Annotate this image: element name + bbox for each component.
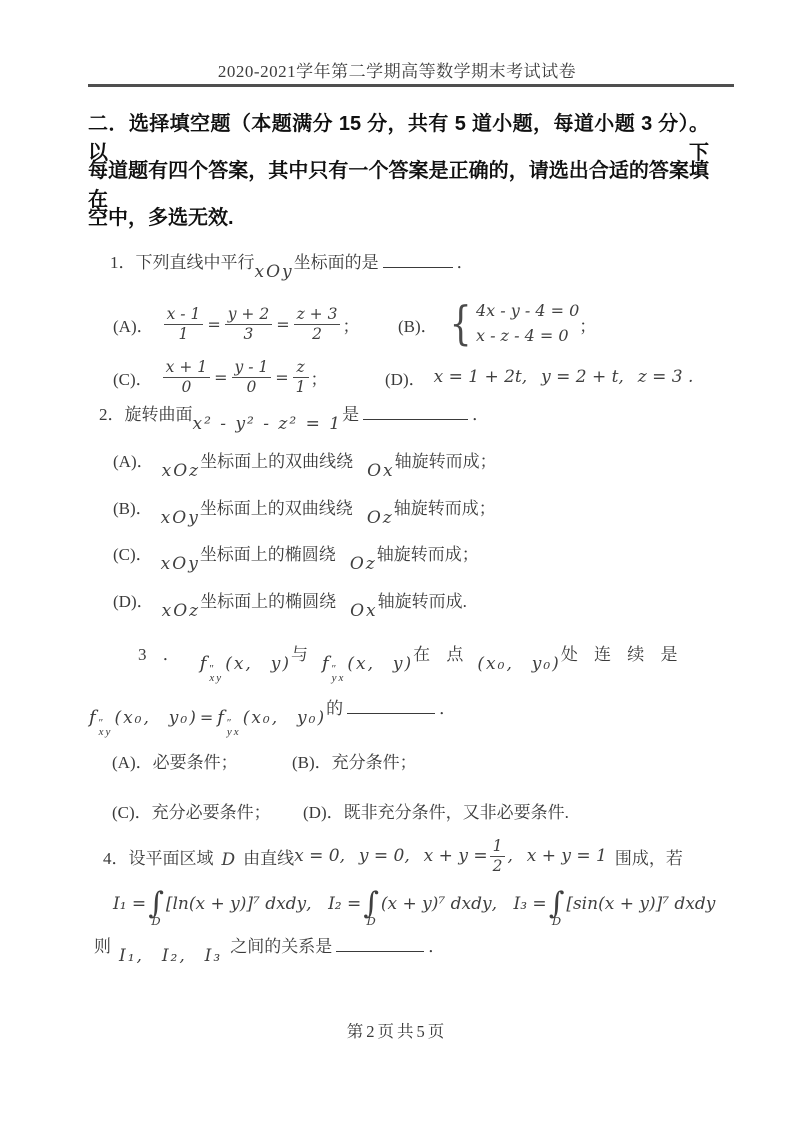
q3-option-a: (A)．必要条件； [112, 748, 238, 773]
q1-plane-math: xOy [255, 262, 294, 282]
q3-mixed-partial-fyx: f″yx(x, y) [322, 653, 413, 680]
q4-answer-blank [336, 934, 424, 952]
q2-option-a-tail: 轴旋转而成； [395, 447, 497, 472]
q1-option-b-eq1: 4x - y - 4 = 0 [476, 299, 579, 324]
left-brace: { [449, 303, 471, 344]
q3-text-continuous: 处 连 续 是 [561, 640, 684, 665]
q1-option-c-tail: ； [311, 365, 328, 390]
exam-page: 2020-2021学年第二学期高等数学期末考试试卷 二．选择填空题（本题满分 1… [0, 0, 794, 1122]
q2-option-a: (A)． xOz 坐标面上的双曲线绕 Ox 轴旋转而成； [113, 447, 497, 472]
q3-answer-blank [347, 696, 435, 714]
q1-option-b-label: (B)． [398, 312, 438, 337]
q2-option-d-plane-math: xOz [162, 601, 200, 621]
q2-option-a-text: 坐标面上的双曲线绕 [200, 447, 353, 472]
q1-option-b-tail: ； [579, 312, 596, 337]
q2-option-c-axis-math: Oz [350, 554, 377, 574]
q3-equality-right: f″yx(x₀, y₀) [217, 707, 326, 734]
q3-text-de: 的 [326, 694, 343, 719]
q4-lines-math-2: , x + y = 1 [507, 846, 606, 866]
q2-stem-text-2: 是 [342, 400, 359, 425]
q2-option-d-tail: 轴旋转而成. [378, 587, 467, 612]
page-number: 第2页共5页 [0, 1018, 794, 1042]
q4-stem-text: 4．设平面区域 [103, 844, 214, 869]
q2-option-c-label: (C)． [113, 540, 153, 565]
q4-integral-3-lhs: I₃ = [514, 894, 547, 914]
q4-then-text: 则 [94, 932, 111, 957]
equals-sign: = [275, 368, 288, 387]
q2-option-c-tail: 轴旋转而成； [377, 540, 479, 565]
q3-mixed-partial-fxy: f″xy(x, y) [200, 653, 291, 680]
q1-option-a-label: (A)． [113, 312, 154, 337]
q4-integral-2-lhs: I₂ = [328, 894, 361, 914]
question-4-stem: 4．设平面区域 D 由直线 x = 0, y = 0, x + y = 12 ,… [103, 832, 683, 880]
integral-sign: ∫D [148, 889, 164, 928]
q2-option-a-label: (A)． [113, 447, 154, 472]
q1-option-d-label: (D)． [385, 365, 426, 390]
equals-sign: = [276, 315, 289, 334]
q1-period: ． [457, 248, 474, 273]
q1-option-c-label: (C)． [113, 365, 153, 390]
integral-sign: ∫D [363, 889, 379, 928]
q2-option-b-text: 坐标面上的双曲线绕 [200, 494, 353, 519]
q3-point-math: (x₀, y₀) [477, 654, 560, 674]
equation-system: { 4x - y - 4 = 0 x - z - 4 = 0 [446, 299, 580, 349]
q2-surface-math: x² - y² - z² = 1 [193, 414, 343, 434]
q3-option-d: (D)．既非充分条件，又非必要条件. [303, 798, 569, 823]
q2-option-c-text: 坐标面上的椭圆绕 [200, 540, 336, 565]
q4-relation-text: 之间的关系是 [230, 932, 332, 957]
q3-period: ． [439, 694, 456, 719]
q3-text-at-point: 在 点 [413, 640, 469, 665]
section-intro-line-3: 空中，多选无效. [88, 201, 709, 230]
question-3-stem-line-1: 3 ． f″xy(x, y) 与 f″yx(x, y) 在 点 (x₀, y₀)… [138, 640, 684, 671]
q4-I-sequence-math: I₁, I₂, I₃ [119, 946, 222, 966]
q2-option-d-text: 坐标面上的椭圆绕 [200, 587, 336, 612]
q2-option-d-label: (D)． [113, 587, 154, 612]
q1-option-d: (D)． x = 1 + 2t, y = 2 + t, z = 3 . [385, 352, 693, 402]
q1-option-b: (B)． { 4x - y - 4 = 0 x - z - 4 = 0 ； [398, 296, 596, 352]
equals-sign: = [200, 708, 215, 727]
q2-option-b: (B)． xOy 坐标面上的双曲线绕 Oz 轴旋转而成； [113, 494, 496, 519]
fraction: y - 10 [232, 358, 272, 396]
q2-option-a-plane-math: xOz [162, 461, 200, 481]
q2-option-c-plane-math: xOy [161, 554, 200, 574]
q1-option-c: (C)． x + 10 = y - 10 = z1 ； [113, 352, 328, 402]
q4-separator: , [306, 894, 320, 914]
q2-option-b-tail: 轴旋转而成； [394, 494, 496, 519]
q2-option-b-axis-math: Oz [367, 508, 394, 528]
q2-option-d-axis-math: Ox [350, 601, 378, 621]
fraction: x - 11 [164, 305, 204, 343]
q1-answer-blank [383, 250, 453, 268]
q1-stem-text: 1．下列直线中平行 [110, 248, 255, 273]
q3-equality-left: f″xy(x₀, y₀) [89, 707, 198, 734]
q4-integral-3-body: [sin(x + y)]⁷ dxdy [566, 894, 715, 914]
fraction: y + 23 [225, 305, 272, 343]
equals-sign: = [214, 368, 227, 387]
q2-option-a-axis-math: Ox [367, 461, 395, 481]
q4-lines-math-1: x = 0, y = 0, x + y = [294, 846, 487, 866]
q4-region-math: D [222, 850, 236, 870]
q4-period: ． [428, 932, 445, 957]
q4-stem-text-2: 由直线 [243, 844, 294, 869]
integral-sign: ∫D [549, 889, 565, 928]
q2-option-d: (D)． xOz 坐标面上的椭圆绕 Ox 轴旋转而成. [113, 587, 467, 612]
q4-integral-1-body: [ln(x + y)]⁷ dxdy [166, 894, 306, 914]
q2-option-c: (C)． xOy 坐标面上的椭圆绕 Oz 轴旋转而成； [113, 540, 479, 565]
header-divider [88, 84, 734, 87]
fraction: 12 [490, 837, 506, 875]
question-3-stem-line-2: f″xy(x₀, y₀) = f″yx(x₀, y₀) 的 ． [89, 694, 456, 725]
equals-sign: = [207, 315, 220, 334]
q2-stem-text: 2．旋转曲面 [99, 400, 193, 425]
fraction: x + 10 [163, 358, 210, 396]
q4-conclusion-line: 则 I₁, I₂, I₃ 之间的关系是 ． [94, 932, 445, 957]
page-title: 2020-2021学年第二学期高等数学期末考试试卷 [0, 57, 794, 82]
q1-option-d-math: x = 1 + 2t, y = 2 + t, z = 3 . [434, 367, 694, 387]
q2-period: ． [472, 400, 489, 425]
q3-text-with: 与 [291, 640, 314, 665]
q4-integrals-line: I₁ = ∫D [ln(x + y)]⁷ dxdy , I₂ = ∫D (x +… [113, 880, 715, 928]
question-1-stem: 1．下列直线中平行 xOy 坐标面的是 ． [110, 248, 474, 273]
fraction: z + 32 [294, 305, 341, 343]
fraction: z1 [293, 358, 309, 396]
q3-option-c: (C)．充分必要条件； [112, 798, 271, 823]
q4-separator: , [492, 894, 506, 914]
q4-stem-text-3: 围成，若 [615, 844, 683, 869]
q1-option-a-tail: ； [342, 312, 359, 337]
q1-option-a: (A)． x - 11 = y + 23 = z + 32 ； [113, 296, 359, 352]
q4-integral-1-lhs: I₁ = [113, 894, 146, 914]
question-2-stem: 2．旋转曲面 x² - y² - z² = 1 是 ． [99, 400, 489, 425]
q2-option-b-label: (B)． [113, 494, 153, 519]
q1-option-b-eq2: x - z - 4 = 0 [476, 324, 579, 349]
q3-number: 3 ． [138, 640, 186, 665]
q4-integral-2-body: (x + y)⁷ dxdy [381, 894, 492, 914]
q2-option-b-plane-math: xOy [161, 508, 200, 528]
q3-option-b: (B)．充分条件； [292, 748, 417, 773]
q1-stem-text-2: 坐标面的是 [294, 248, 379, 273]
q2-answer-blank [363, 402, 468, 420]
